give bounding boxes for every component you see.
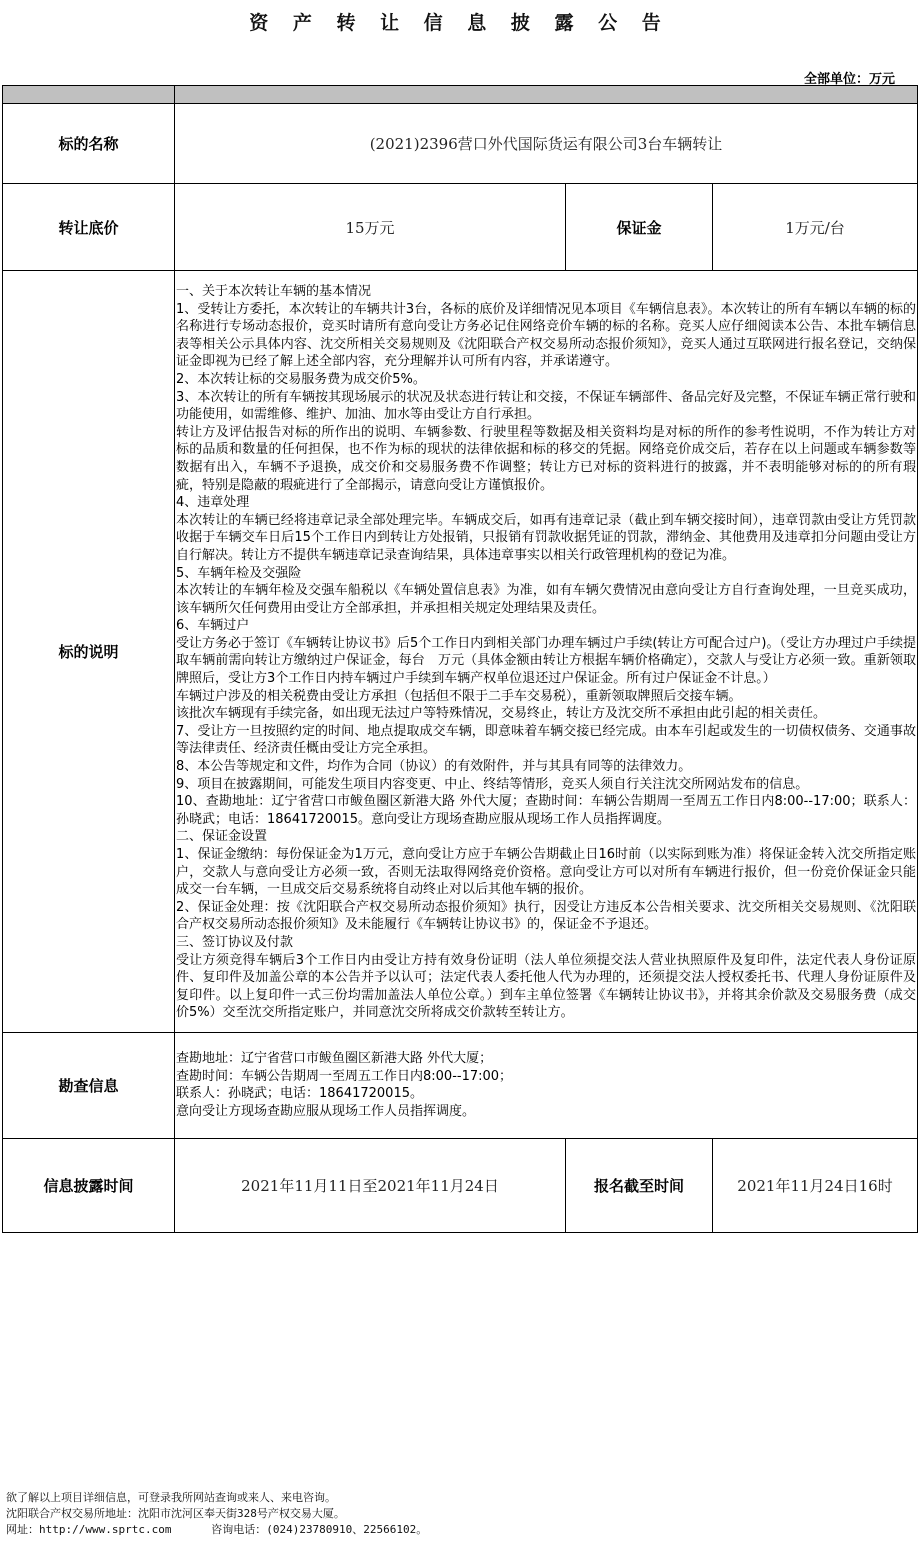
desc-paragraph: 5、车辆年检及交强险 xyxy=(176,565,916,583)
asset-name-label: 标的名称 xyxy=(3,104,175,184)
header-band-left xyxy=(3,86,175,104)
deposit-value: 1万元/台 xyxy=(713,184,918,271)
survey-note: 意向受让方现场查勘应服从现场工作人员指挥调度。 xyxy=(176,1103,916,1121)
desc-paragraph: 2、保证金处理：按《沈阳联合产权交易所动态报价须知》执行，因受让方违反本公告相关… xyxy=(176,899,916,934)
desc-paragraph: 1、保证金缴纳：每份保证金为1万元，意向受让方应于车辆公告期截止日16时前（以实… xyxy=(176,846,916,899)
desc-paragraph: 10、查勘地址：辽宁省营口市鲅鱼圈区新港大路 外代大厦；查勘时间：车辆公告期周一… xyxy=(176,793,916,828)
desc-paragraph: 1、受转让方委托，本次转让的车辆共计3台，各标的底价及详细情况见本项目《车辆信息… xyxy=(176,301,916,371)
registration-deadline-label: 报名截至时间 xyxy=(566,1138,713,1232)
page-title: 资 产 转 让 信 息 披 露 公 告 xyxy=(0,8,919,35)
row-price: 转让底价 15万元 保证金 1万元/台 xyxy=(3,184,918,271)
row-disclosure-time: 信息披露时间 2021年11月11日至2021年11月24日 报名截至时间 20… xyxy=(3,1138,918,1232)
desc-paragraph: 该批次车辆现有手续完备，如出现无法过户等特殊情况，交易终止，转让方及沈交所不承担… xyxy=(176,705,916,723)
reserve-price-label: 转让底价 xyxy=(3,184,175,271)
desc-paragraph: 受让方务必于签订《车辆转让协议书》后5个工作日内到相关部门办理车辆过户手续(转让… xyxy=(176,635,916,688)
desc-paragraph: 6、车辆过户 xyxy=(176,617,916,635)
footer-inquiry: 欲了解以上项目详细信息，可登录我所网站查询或来人、来电咨询。 xyxy=(6,1490,427,1506)
disclosure-table: 标的名称 (2021)2396营口外代国际货运有限公司3台车辆转让 转让底价 1… xyxy=(2,85,918,1233)
desc-paragraph: 受让方须竞得车辆后3个工作日内由受让方持有效身份证明（法人单位须提交法人营业执照… xyxy=(176,952,916,1022)
phone-number: (024)23780910、22566102。 xyxy=(266,1523,427,1536)
desc-paragraph: 3、本次转让的所有车辆按其现场展示的状况及状态进行转让和交接，不保证车辆部件、备… xyxy=(176,389,916,424)
desc-paragraph: 三、签订协议及付款 xyxy=(176,934,916,952)
footer-address: 沈阳联合产权交易所地址：沈阳市沈河区奉天街328号产权交易大厦。 xyxy=(6,1506,427,1522)
row-survey: 勘查信息 查勘地址：辽宁省营口市鲅鱼圈区新港大路 外代大厦； 查勘时间：车辆公告… xyxy=(3,1032,918,1138)
description-label: 标的说明 xyxy=(3,271,175,1033)
disclosure-time-value: 2021年11月11日至2021年11月24日 xyxy=(175,1138,566,1232)
survey-time: 查勘时间：车辆公告期周一至周五工作日内8:00--17:00； xyxy=(176,1068,916,1086)
row-description: 标的说明 一、关于本次转让车辆的基本情况 1、受转让方委托，本次转让的车辆共计3… xyxy=(3,271,918,1033)
desc-paragraph: 本次转让的车辆年检及交强车船税以《车辆处置信息表》为准，如有车辆欠费情况由意向受… xyxy=(176,582,916,617)
survey-label: 勘查信息 xyxy=(3,1032,175,1138)
desc-paragraph: 二、保证金设置 xyxy=(176,828,916,846)
phone-label: 咨询电话： xyxy=(211,1523,266,1536)
desc-paragraph: 本次转让的车辆已经将违章记录全部处理完毕。车辆成交后，如再有违章记录（截止到车辆… xyxy=(176,512,916,565)
header-band-right xyxy=(175,86,918,104)
desc-paragraph: 一、关于本次转让车辆的基本情况 xyxy=(176,283,916,301)
footer: 欲了解以上项目详细信息，可登录我所网站查询或来人、来电咨询。 沈阳联合产权交易所… xyxy=(6,1490,427,1538)
deposit-label: 保证金 xyxy=(566,184,713,271)
reserve-price-value: 15万元 xyxy=(175,184,566,271)
footer-contact: 网址：http://www.sprtc.com 咨询电话：(024)237809… xyxy=(6,1522,427,1538)
asset-name-value: (2021)2396营口外代国际货运有限公司3台车辆转让 xyxy=(175,104,918,184)
desc-paragraph: 2、本次转让标的交易服务费为成交价5%。 xyxy=(176,371,916,389)
description-body: 一、关于本次转让车辆的基本情况 1、受转让方委托，本次转让的车辆共计3台，各标的… xyxy=(175,271,918,1033)
desc-paragraph: 转让方及评估报告对标的所作出的说明、车辆参数、行驶里程等数据及相关资料均是对标的… xyxy=(176,424,916,494)
survey-address: 查勘地址：辽宁省营口市鲅鱼圈区新港大路 外代大厦； xyxy=(176,1050,916,1068)
desc-paragraph: 9、项目在披露期间，可能发生项目内容变更、中止、终结等情形，竞买人须自行关注沈交… xyxy=(176,776,916,794)
desc-paragraph: 车辆过户涉及的相关税费由受让方承担（包括但不限于二手车交易税），重新领取牌照后交… xyxy=(176,688,916,706)
row-asset-name: 标的名称 (2021)2396营口外代国际货运有限公司3台车辆转让 xyxy=(3,104,918,184)
website-label: 网址： xyxy=(6,1523,39,1536)
survey-body: 查勘地址：辽宁省营口市鲅鱼圈区新港大路 外代大厦； 查勘时间：车辆公告期周一至周… xyxy=(175,1032,918,1138)
header-band xyxy=(3,86,918,104)
desc-paragraph: 4、违章处理 xyxy=(176,494,916,512)
desc-paragraph: 8、本公告等规定和文件，均作为合同（协议）的有效附件，并与其具有同等的法律效力。 xyxy=(176,758,916,776)
disclosure-time-label: 信息披露时间 xyxy=(3,1138,175,1232)
desc-paragraph: 7、受让方一旦按照约定的时间、地点提取成交车辆，即意味着车辆交接已经完成。由本车… xyxy=(176,723,916,758)
survey-contact: 联系人：孙晓武；电话：18641720015。 xyxy=(176,1085,916,1103)
registration-deadline-value: 2021年11月24日16时 xyxy=(713,1138,918,1232)
website-link[interactable]: http://www.sprtc.com xyxy=(39,1523,171,1536)
